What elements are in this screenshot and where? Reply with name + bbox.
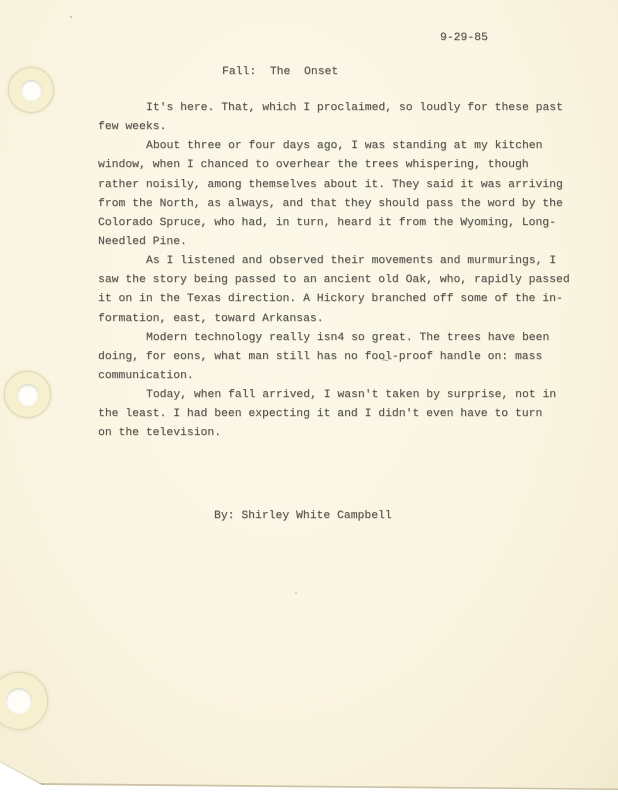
text-line: window, when I chanced to overhear the t… xyxy=(98,156,598,175)
punch-hole-center xyxy=(6,688,32,714)
punch-hole-top xyxy=(8,67,54,113)
punch-hole-middle xyxy=(4,371,51,418)
paragraph: Today, when fall arrived, I wasn't taken… xyxy=(98,386,598,443)
text-line: on the television. xyxy=(98,424,598,443)
text-line: few weeks. xyxy=(98,118,598,137)
pencil-mark: ~ xyxy=(382,356,389,368)
paragraph: As I listened and observed their movemen… xyxy=(98,252,598,329)
text-line: it on in the Texas direction. A Hickory … xyxy=(98,290,598,309)
text-line: Needled Pine. xyxy=(98,233,598,252)
text-line: It's here. That, which I proclaimed, so … xyxy=(98,99,598,118)
paper-sheet: 9-29-85 Fall: The Onset It's here. That,… xyxy=(0,0,618,800)
paragraph: About three or four days ago, I was stan… xyxy=(98,137,598,252)
text-line: saw the story being passed to an ancient… xyxy=(98,271,598,290)
byline: By: Shirley White Campbell xyxy=(214,510,392,522)
text-line: As I listened and observed their movemen… xyxy=(98,252,598,271)
text-line: About three or four days ago, I was stan… xyxy=(98,137,598,156)
document-body: It's here. That, which I proclaimed, so … xyxy=(98,99,598,444)
text-line: Colorado Spruce, who had, in turn, heard… xyxy=(98,214,598,233)
punch-hole-center xyxy=(21,80,42,101)
text-line: formation, east, toward Arkansas. xyxy=(98,310,598,329)
text-line: rather noisily, among themselves about i… xyxy=(98,176,598,195)
paper-bottom-edge xyxy=(36,783,618,791)
punch-hole-bottom xyxy=(0,672,48,730)
text-line: communication. xyxy=(98,367,598,386)
text-line: the least. I had been expecting it and I… xyxy=(98,405,598,424)
document-date: 9-29-85 xyxy=(440,32,488,44)
text-line: Today, when fall arrived, I wasn't taken… xyxy=(98,386,598,405)
paragraph: It's here. That, which I proclaimed, so … xyxy=(98,99,598,137)
punch-hole-center xyxy=(17,384,39,406)
document-title: Fall: The Onset xyxy=(222,66,338,78)
paragraph: Modern technology really isn4 so great. … xyxy=(98,329,598,386)
text-line: Modern technology really isn4 so great. … xyxy=(98,329,598,348)
paper-corner-edge xyxy=(0,760,43,786)
paper-speck xyxy=(70,16,72,18)
paper-speck xyxy=(295,592,297,594)
text-line: from the North, as always, and that they… xyxy=(98,195,598,214)
text-line: doing, for eons, what man still has no f… xyxy=(98,348,598,367)
